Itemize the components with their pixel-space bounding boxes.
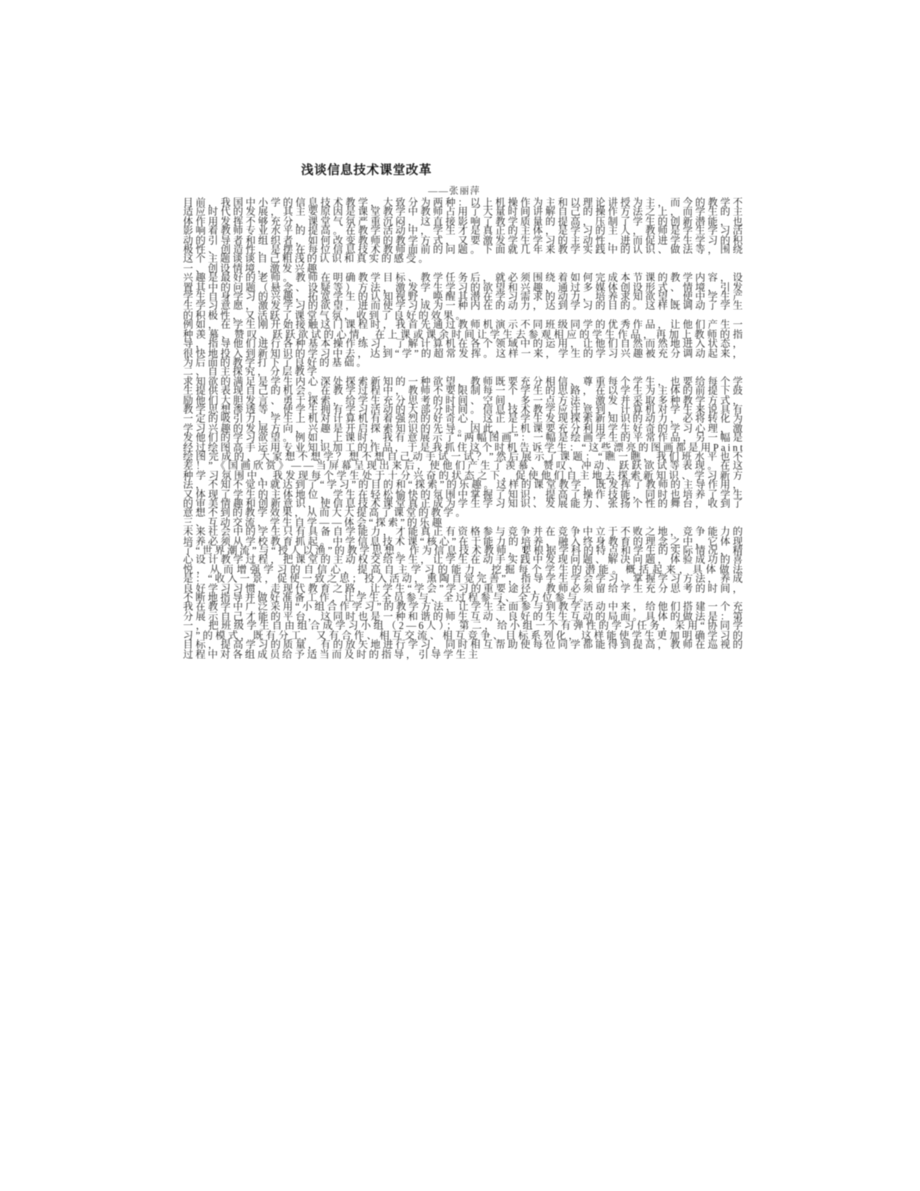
document-author: ——张丽萍 [428,183,481,197]
body-paragraph: 我在教学中广泛采用“小组合作学习”的教学方法，让学生全面参与到教学活动中来，给他… [183,603,745,659]
scanned-document-canvas: 浅谈信息技术课堂改革 ——张丽萍 目前，我国中小学的信息技术教学，大致分为两种：… [0,0,920,1191]
body-paragraph: 未来社会中的学生只有具备自学能力，才能真正有资格参与竞争并在竞争中立于不败之地，… [183,528,745,603]
document-body: 目前，我国中小学的信息技术教学，大致分为两种：以上机操作为主和以理论讲授为主，而… [183,199,745,660]
body-paragraph: 兴趣是最好的老师。教师在明确教学目标、教学任务后，就必须围绕着如何完成本节课的教… [183,274,745,321]
body-paragraph: 目前，我国中小学的信息技术教学，大致分为两种：以上机操作为主和以理论讲授为主，而… [183,199,745,265]
page-number: 1 [522,545,527,555]
body-paragraph: 例如，在学生刚开始接触这门课程时，我首先通过教师机演示不同班级同学的优秀作品，让… [183,321,745,368]
document-title: 浅谈信息技术课堂改革 [301,160,432,178]
body-paragraph: 求知欲的满足是学生内心深处探索新知的一种欲望，教师既要充分相信、尊重每个学生，也… [183,378,745,519]
document-page: 浅谈信息技术课堂改革 ——张丽萍 目前，我国中小学的信息技术教学，大致分为两种：… [183,155,745,740]
